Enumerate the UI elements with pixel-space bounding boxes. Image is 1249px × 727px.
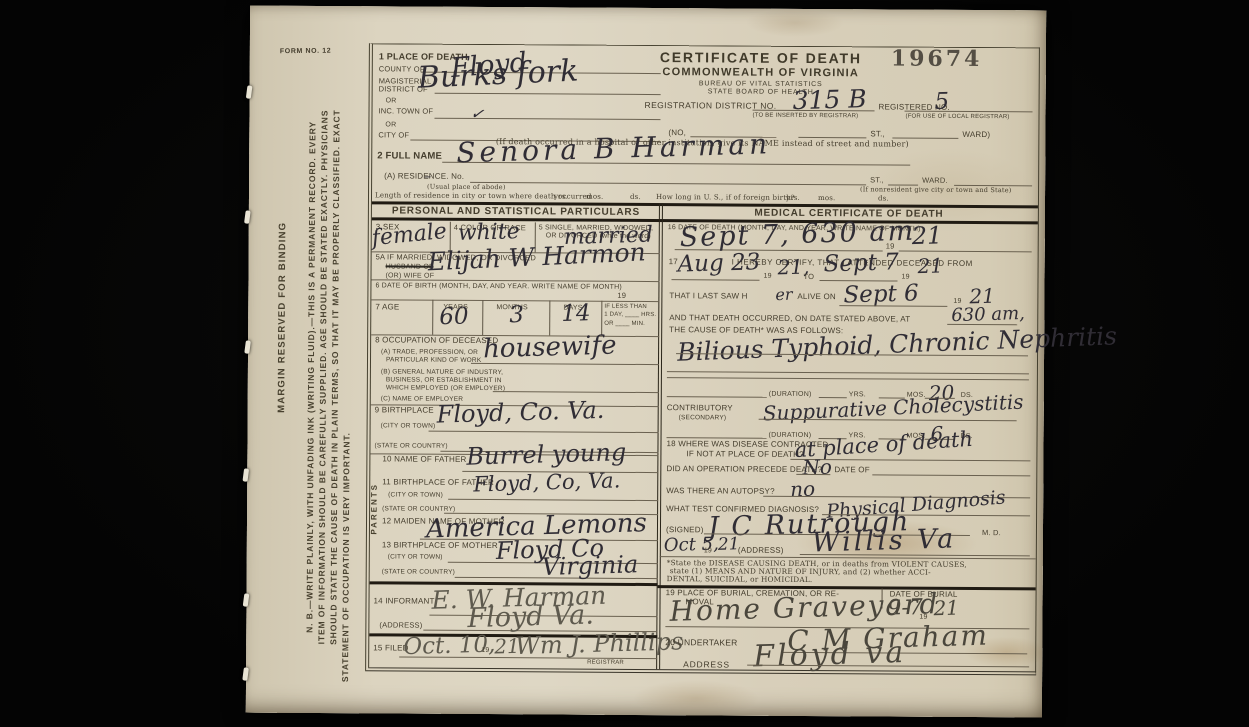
date-of-label: DATE OF	[834, 466, 870, 475]
informant-address-handwriting: Floyd Va.	[467, 603, 594, 631]
residence-st-label: ST.,	[870, 176, 884, 184]
mother-birthplace-label: 13 BIRTHPLACE OF MOTHER	[382, 541, 498, 551]
dob-label: 6 DATE OF BIRTH (MONTH, DAY, AND YEAR. W…	[375, 282, 621, 291]
inc-town-label: INC. TOWN OF	[378, 107, 433, 116]
rule	[448, 499, 658, 501]
age-less-line3: OR ____ MIN.	[604, 321, 645, 328]
lastsaw-year-handwriting: 21	[969, 287, 995, 306]
city-of-label: CITY OF	[378, 131, 409, 139]
signed-address-handwriting: Willis Va	[812, 527, 957, 555]
rule	[667, 377, 1029, 380]
district-value-handwriting: Burks fork	[417, 57, 579, 91]
certificate-form: 1 PLACE OF DEATH COUNTY OF MAGISTERIAL D…	[365, 43, 1040, 675]
father-name-label: 10 NAME OF FATHER	[382, 455, 466, 464]
occupation-b1: (B) GENERAL NATURE OF INDUSTRY,	[381, 368, 503, 376]
margin-binding-note: MARGIN RESERVED FOR BINDING	[276, 217, 288, 417]
residence-dash-handwriting: –	[424, 171, 431, 184]
stitch-mark	[242, 667, 249, 681]
informant-label: 14 INFORMANT	[374, 597, 435, 606]
yrs-label-2: yrs.	[786, 195, 800, 203]
duration1-label: (DURATION)	[769, 391, 812, 399]
husband-of-label: HUSBAND OF	[386, 263, 434, 271]
certificate-title: CERTIFICATE OF DEATH	[653, 49, 869, 66]
nonresident-note: (If nonresident give city or town and St…	[860, 186, 1011, 194]
rule	[470, 182, 866, 185]
age-less-line1: IF LESS THAN	[604, 304, 647, 311]
occupation-value-handwriting: housewife	[483, 334, 617, 361]
informant-address-label: (ADDRESS)	[379, 621, 422, 630]
rule	[493, 391, 659, 393]
stitch-mark	[243, 593, 250, 607]
from-19: 19	[763, 273, 771, 281]
footnote-line3: DENTAL, SUICIDAL, or HOMICIDAL.	[667, 575, 813, 584]
signed-year-handwriting: 21	[718, 537, 740, 553]
stitch-mark	[246, 85, 253, 99]
street-st-label: ST.,	[870, 130, 885, 139]
fullname-label: 2 FULL NAME	[377, 151, 442, 162]
or-label-2: OR	[385, 121, 396, 129]
father-bp-city-label: (CITY OR TOWN)	[388, 491, 443, 498]
yrs-label-1: yrs.	[554, 193, 568, 201]
occupation-b3: WHICH EMPLOYED (OR EMPLOYER)	[386, 384, 505, 392]
burial-year-handwriting: 21	[933, 598, 959, 617]
rule	[482, 300, 483, 335]
registrar-label: REGISTRAR	[587, 660, 624, 667]
mother-bp-state-handwriting: Virginia	[541, 554, 638, 578]
undertaker-label: 20 UNDERTAKER	[665, 638, 737, 648]
death-time-handwriting: 630 am,	[951, 306, 1025, 324]
occupation-b2: BUSINESS, OR ESTABLISHMENT IN	[386, 376, 502, 384]
death-occurred-label: AND THAT DEATH OCCURRED, ON DATE STATED …	[669, 314, 910, 324]
street-ward-label: WARD)	[962, 131, 990, 140]
item18-label-2: IF NOT AT PLACE OF DEATH?	[686, 450, 803, 460]
age-label: 7 AGE	[375, 303, 399, 312]
secondary-label: (SECONDARY)	[679, 414, 727, 421]
mother-bp-state-label: (STATE OR COUNTRY)	[382, 568, 455, 576]
column-divider	[656, 203, 663, 669]
rule	[432, 300, 433, 335]
abode-note: (Usual place of abode)	[427, 184, 506, 192]
photo-background: FORM NO. 12 MARGIN RESERVED FOR BINDING …	[0, 0, 1249, 727]
rule	[667, 371, 1029, 374]
birthplace-value-handwriting: Floyd, Co. Va.	[436, 400, 604, 426]
father-name-handwriting: Burrel young	[466, 442, 626, 468]
rule	[796, 474, 830, 475]
rule	[667, 396, 767, 398]
autopsy-label: WAS THERE AN AUTOPSY?	[666, 487, 775, 496]
md-label: M. D.	[982, 529, 1001, 537]
registrar-signature-handwriting: Wm J. Phillips	[515, 631, 684, 657]
to-label: TO	[803, 273, 814, 281]
commonwealth-subtitle: COMMONWEALTH OF VIRGINIA	[653, 66, 869, 79]
registered-value-handwriting: 5	[934, 92, 949, 113]
to-year-handwriting: 21	[917, 256, 943, 275]
ds-label-1: ds.	[630, 194, 641, 202]
date-of-death-handwriting: Sept 7, 630 am	[679, 220, 915, 251]
age-days-handwriting: 14	[561, 303, 591, 325]
reg-district-value-handwriting: 315 B	[792, 88, 867, 113]
mother-bp-city-label: (CITY OR TOWN)	[388, 553, 443, 560]
ds-label-2: ds.	[878, 195, 889, 203]
rule	[899, 251, 1032, 253]
occupation-a2: PARTICULAR KIND OF WORK	[386, 356, 481, 364]
rule	[434, 118, 660, 120]
last-saw-label: THAT I LAST SAW H	[669, 292, 747, 301]
form-number: FORM NO. 12	[280, 48, 331, 56]
rule	[872, 474, 1030, 476]
dob-19: 19	[617, 292, 626, 300]
signed-address-label: (ADDRESS)	[738, 547, 784, 556]
signed-19: 19	[704, 547, 712, 555]
how-long-us-label: How long in U. S., if of foreign birth?	[656, 194, 795, 203]
burial-date-handwriting: 9-7	[887, 598, 923, 619]
undertaker-address-label: ADDRESS	[683, 660, 730, 670]
mos-label-1: mos.	[586, 194, 604, 202]
father-birthplace-handwriting: Floyd, Co, Va.	[473, 471, 621, 494]
filed-19: 19	[481, 647, 489, 655]
dod-year-handwriting: 21	[911, 225, 942, 247]
contributory-label: CONTRIBUTORY	[667, 404, 733, 413]
rule	[671, 279, 759, 281]
birthplace-state-label: (STATE OR COUNTRY)	[374, 442, 447, 450]
certificate-paper: FORM NO. 12 MARGIN RESERVED FOR BINDING …	[246, 6, 1046, 718]
or-label-1: OR	[386, 97, 397, 105]
attended-from-handwriting: Aug 23	[677, 252, 760, 275]
sex-value-handwriting: female	[371, 222, 448, 249]
checkmark-handwriting: ✓	[470, 106, 485, 122]
attended-to-handwriting: Sept 7	[823, 252, 899, 275]
occupation-a1: (A) TRADE, PROFESSION, OR	[381, 348, 478, 356]
certificate-number-stamp: 19674	[891, 45, 983, 72]
left-column-header: PERSONAL AND STATISTICAL PARTICULARS	[372, 205, 660, 218]
race-value-handwriting: white	[458, 222, 520, 244]
stitch-mark	[244, 340, 251, 354]
last-saw-date-handwriting: Sept 6	[843, 283, 919, 306]
rule	[429, 431, 659, 433]
age-months-handwriting: 3	[509, 305, 524, 326]
age-less-line2: 1 DAY, ____ HRS.	[604, 312, 656, 319]
margin-nb-line4: STATEMENT OF OCCUPATION IS VERY IMPORTAN…	[340, 417, 352, 697]
rule	[549, 300, 550, 335]
stitch-mark	[244, 210, 251, 224]
age-years-handwriting: 60	[439, 306, 469, 328]
birthplace-label: 9 BIRTHPLACE	[375, 406, 434, 415]
fullname-value-handwriting: Senora B Harman	[456, 131, 771, 165]
parents-vertical-label: PARENTS	[369, 480, 378, 538]
mos-label-2: mos.	[818, 195, 836, 203]
alive-on-label: ALIVE ON	[797, 293, 836, 302]
residence-ward-label: WARD.	[922, 177, 948, 185]
spouse-value-handwriting: Elijah W Harmon	[427, 241, 646, 274]
stitch-mark	[242, 468, 249, 482]
occupation-label: 8 OCCUPATION OF DECEASED	[375, 336, 498, 346]
last-saw-er-handwriting: er	[775, 288, 793, 303]
local-registrar-note: (FOR USE OF LOCAL REGISTRAR)	[905, 114, 1009, 121]
birthplace-city-label: (CITY OR TOWN)	[381, 422, 436, 429]
